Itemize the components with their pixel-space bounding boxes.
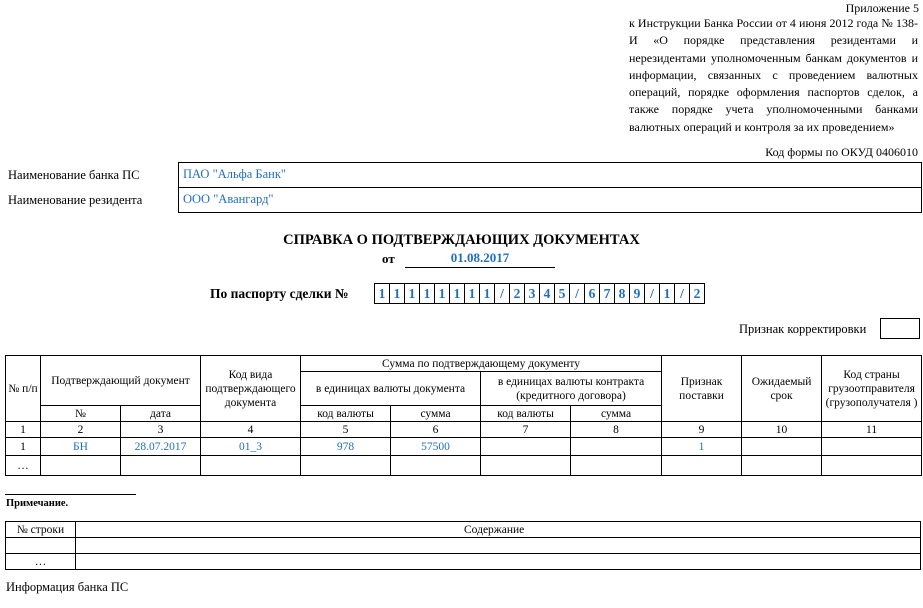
notes-table: № строки Содержание … [5,521,921,570]
document-title: СПРАВКА О ПОДТВЕРЖДАЮЩИХ ДОКУМЕНТАХ [0,232,923,249]
table-cell[interactable]: БН [41,438,121,456]
header-num: № п/п [6,356,41,422]
okud-code: Код формы по ОКУД 0406010 [765,145,918,160]
date-field[interactable]: 01.08.2017 [405,250,555,268]
table-cell[interactable] [571,456,662,476]
documents-table: № п/п Подтверждающий документ Код вида п… [5,355,922,476]
column-number: 11 [822,422,922,438]
correction-label: Признак корректировки [739,322,866,337]
table-cell[interactable]: 1 [662,438,742,456]
header-document: Подтверждающий документ [41,356,201,406]
header-currency-code: код валюты [301,406,391,422]
bank-field[interactable]: ПАО "Альфа Банк" [179,163,921,187]
note-label: Примечание. [6,498,68,509]
passport-cell[interactable]: / [675,284,690,303]
passport-cell[interactable]: 1 [420,284,435,303]
table-cell[interactable] [742,438,822,456]
column-number: 3 [121,422,201,438]
table-cell[interactable] [571,438,662,456]
table-cell[interactable] [201,456,301,476]
header-doc-no: № [41,406,121,422]
header-expected: Ожидаемый срок [742,356,822,422]
passport-number-cells[interactable]: 11111111/2345/6789/1/2 [374,283,705,304]
bank-label: Наименование банка ПС [8,168,140,183]
passport-cell[interactable]: 8 [615,284,630,303]
parties-box: ПАО "Альфа Банк" ООО "Авангард" [178,162,922,213]
passport-cell[interactable]: 1 [450,284,465,303]
row-number: 1 [6,438,41,456]
table-cell[interactable] [391,456,481,476]
passport-cell[interactable]: 2 [690,284,704,303]
column-number: 10 [742,422,822,438]
passport-cell[interactable]: / [495,284,510,303]
passport-cell[interactable]: 1 [390,284,405,303]
table-cell[interactable] [662,456,742,476]
notes-row-number[interactable] [6,538,76,554]
passport-label: По паспорту сделки № [210,286,348,302]
table-row: 1БН28.07.201701_3978575001 [6,438,922,456]
correction-field[interactable] [880,318,920,339]
header-country: Код страны грузоотправителя (грузополуча… [822,356,922,422]
notes-header-row: № строки [6,522,76,538]
passport-cell[interactable]: 6 [585,284,600,303]
passport-cell[interactable]: 9 [630,284,645,303]
header-delivery: Признак поставки [662,356,742,422]
passport-cell[interactable]: 1 [660,284,675,303]
passport-cell[interactable]: 5 [555,284,570,303]
header-sum-doc: в единицах валюты документа [301,372,481,406]
column-number: 8 [571,422,662,438]
resident-field[interactable]: ООО "Авангард" [179,187,921,212]
note-divider [5,494,136,495]
header-amount-contract: сумма [571,406,662,422]
table-row: … [6,456,922,476]
header-doc-date: дата [121,406,201,422]
table-cell[interactable] [121,456,201,476]
passport-cell[interactable]: 1 [465,284,480,303]
notes-header-content: Содержание [76,522,921,538]
table-cell[interactable] [481,438,571,456]
passport-cell[interactable]: 1 [405,284,420,303]
header-amount: сумма [391,406,481,422]
column-number: 5 [301,422,391,438]
passport-cell[interactable]: 4 [540,284,555,303]
header-currency-code-contract: код валюты [481,406,571,422]
table-cell[interactable] [41,456,121,476]
column-number: 7 [481,422,571,438]
passport-cell[interactable]: / [570,284,585,303]
passport-cell[interactable]: 1 [375,284,390,303]
appendix-title: Приложение 5 [846,1,919,16]
header-doc-type: Код вида подтверждающего документа [201,356,301,422]
header-sum-contract: в единицах валюты контракта (кредитного … [481,372,662,406]
passport-cell[interactable]: 2 [510,284,525,303]
passport-cell[interactable]: 1 [435,284,450,303]
notes-content-cell[interactable] [76,538,921,554]
table-cell[interactable]: 01_3 [201,438,301,456]
header-sum: Сумма по подтверждающему документу [301,356,662,372]
notes-row [6,538,921,554]
table-cell[interactable] [822,438,922,456]
column-number: 2 [41,422,121,438]
passport-cell[interactable]: 1 [480,284,495,303]
table-cell[interactable] [822,456,922,476]
table-cell[interactable]: 978 [301,438,391,456]
passport-cell[interactable]: 3 [525,284,540,303]
table-cell[interactable] [481,456,571,476]
table-cell[interactable] [301,456,391,476]
notes-content-cell[interactable] [76,554,921,570]
column-number: 6 [391,422,481,438]
column-number: 4 [201,422,301,438]
bank-info-label: Информация банка ПС [6,580,128,595]
table-cell[interactable]: 57500 [391,438,481,456]
date-label: от [382,251,395,267]
column-number: 1 [6,422,41,438]
passport-cell[interactable]: 7 [600,284,615,303]
table-cell[interactable] [742,456,822,476]
appendix-text: к Инструкции Банка России от 4 июня 2012… [629,15,918,136]
passport-cell[interactable]: / [645,284,660,303]
notes-row-number[interactable]: … [6,554,76,570]
notes-row: … [6,554,921,570]
resident-label: Наименование резидента [8,193,142,208]
table-cell[interactable]: 28.07.2017 [121,438,201,456]
row-number: … [6,456,41,476]
column-number: 9 [662,422,742,438]
